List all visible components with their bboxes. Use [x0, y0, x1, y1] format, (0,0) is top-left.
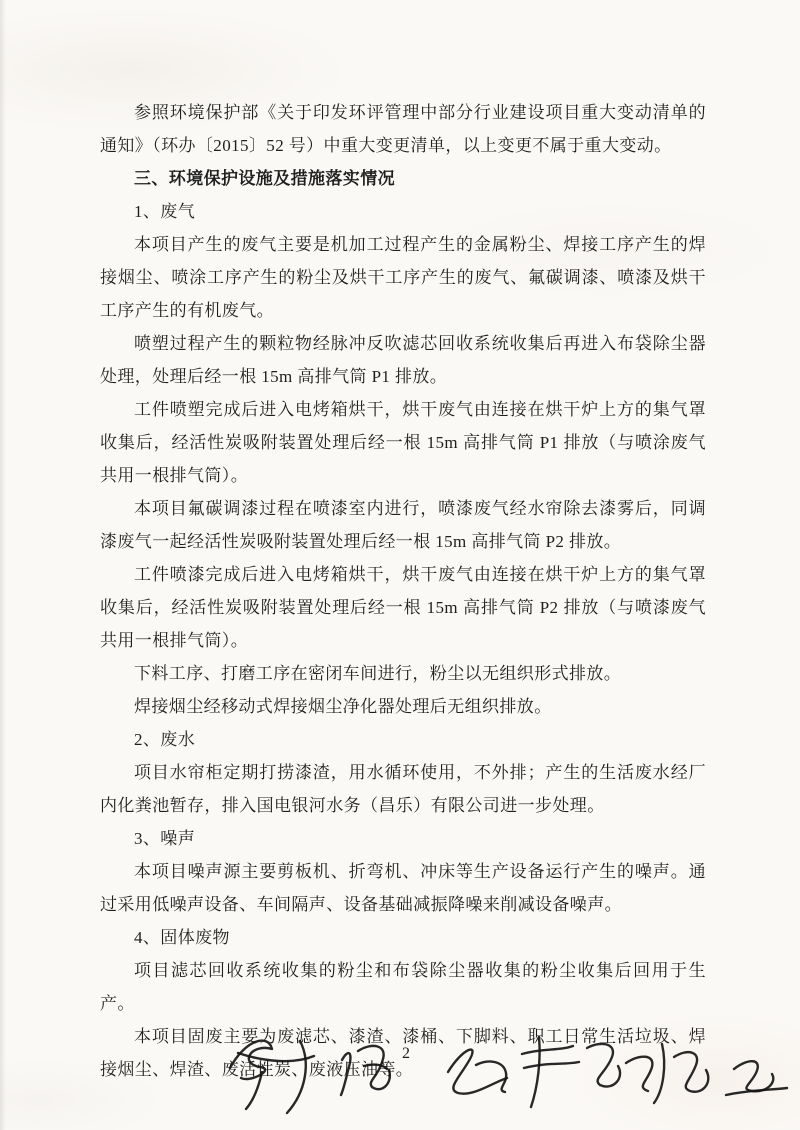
handwritten-signature-6 — [726, 1061, 787, 1095]
paragraph-regulation-reference: 参照环境保护部《关于印发环评管理中部分行业建设项目重大变动清单的通知》（环办〔2… — [100, 96, 706, 162]
handwritten-signatures — [0, 1020, 800, 1130]
scanned-document-page: 参照环境保护部《关于印发环评管理中部分行业建设项目重大变动清单的通知》（环办〔2… — [0, 0, 800, 1130]
subsection-heading-wastewater: 2、废水 — [100, 723, 706, 756]
handwritten-signature-5 — [626, 1044, 708, 1103]
paragraph-powder-coating-dust: 喷塑过程产生的颗粒物经脉冲反吹滤芯回收系统收集后再进入布袋除尘器处理，处理后经一… — [100, 327, 706, 393]
section-heading-3: 三、环境保护设施及措施落实情况 — [100, 162, 706, 195]
document-body: 参照环境保护部《关于印发环评管理中部分行业建设项目重大变动清单的通知》（环办〔2… — [100, 96, 706, 1086]
paragraph-cutting-grinding: 下料工序、打磨工序在密闭车间进行，粉尘以无组织形式排放。 — [100, 657, 706, 690]
handwritten-signature-3 — [448, 1050, 507, 1094]
paragraph-drying-p2: 工件喷漆完成后进入电烤箱烘干，烘干废气由连接在烘干炉上方的集气罩收集后，经活性炭… — [100, 558, 706, 657]
paragraph-drying-p1: 工件喷塑完成后进入电烤箱烘干，烘干废气由连接在烘干炉上方的集气罩收集后，经活性炭… — [100, 393, 706, 492]
subsection-heading-solid-waste: 4、固体废物 — [100, 921, 706, 954]
handwritten-signature-1 — [230, 1041, 314, 1113]
subsection-heading-noise: 3、噪声 — [100, 822, 706, 855]
subsection-heading-waste-gas: 1、废气 — [100, 195, 706, 228]
paragraph-noise: 本项目噪声源主要剪板机、折弯机、冲床等生产设备运行产生的噪声。通过采用低噪声设备… — [100, 855, 706, 921]
paragraph-welding-fume: 焊接烟尘经移动式焊接烟尘净化器处理后无组织排放。 — [100, 690, 706, 723]
paragraph-wastewater: 项目水帘柜定期打捞漆渣，用水循环使用，不外排；产生的生活废水经厂内化粪池暂存，排… — [100, 756, 706, 822]
paragraph-paint-mixing-p2: 本项目氟碳调漆过程在喷漆室内进行，喷漆废气经水帘除去漆雾后，同调漆废气一起经活性… — [100, 492, 706, 558]
handwritten-signature-4 — [522, 1037, 620, 1107]
paragraph-dust-reuse: 项目滤芯回收系统收集的粉尘和布袋除尘器收集的粉尘收集后回用于生产。 — [100, 954, 706, 1020]
signature-strip — [0, 1020, 800, 1130]
handwritten-signature-2 — [341, 1046, 390, 1095]
paragraph-waste-gas-sources: 本项目产生的废气主要是机加工过程产生的金属粉尘、焊接工序产生的焊接烟尘、喷涂工序… — [100, 228, 706, 327]
